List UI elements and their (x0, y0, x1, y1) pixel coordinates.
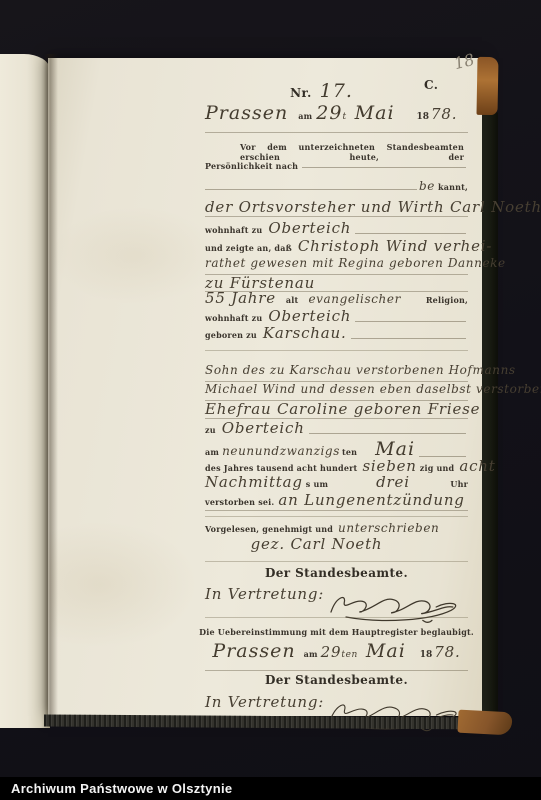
day-suffix: ten (341, 650, 358, 660)
deputy-label: In Vertretung: (205, 585, 324, 603)
worn-corner-bottom (457, 710, 512, 736)
record-number-line: Nr. 17. (205, 80, 438, 102)
residence-value: Oberteich (268, 219, 351, 237)
worn-page-edge-top (476, 57, 498, 115)
archive-name: Archiwum Państwowe w Olsztynie (11, 781, 232, 796)
certification-text: Die Uebereinstimmung mit dem Hauptregist… (199, 627, 474, 637)
book-gutter-shadow (44, 54, 58, 726)
book-bottom-edge (44, 714, 490, 729)
appeared-text: Vor dem unterzeichneten Standesbeamten e… (240, 142, 464, 162)
zu-label: zu (205, 425, 216, 435)
registrar-title-top: Der Standesbeamte. (205, 566, 468, 580)
place-name: Prassen (212, 640, 295, 662)
death-day: neunundzwanzigs (222, 444, 340, 458)
mother-name: Ehefrau Caroline geboren Friese (205, 400, 480, 418)
parents-line-1: Sohn des zu Karschau verstorbenen Hofman… (205, 363, 468, 382)
ruled-line (205, 516, 468, 517)
religion-value: evangelischer (308, 292, 400, 306)
am-label: am (304, 649, 318, 659)
year-written: 78. (431, 105, 457, 123)
parents-line-3: Ehefrau Caroline geboren Friese (205, 400, 468, 419)
left-blank-page (0, 54, 50, 728)
residence-value: Oberteich (268, 307, 351, 325)
wohnhaft-label: wohnhaft zu (205, 225, 262, 235)
blank-rule (302, 166, 466, 168)
s-um-label: s um (306, 479, 328, 489)
identity-label: Persönlichkeit nach (205, 161, 298, 171)
day-suffix: t (342, 112, 346, 122)
place-name: Prassen (205, 102, 288, 124)
father-name: Michael Wind und dessen eben daselbst ve… (205, 382, 541, 396)
registrar-signature (326, 691, 468, 739)
read-label: Vorgelesen, genehmigt und (205, 524, 333, 534)
deceased-residence-line: wohnhaft zu Oberteich (205, 307, 468, 325)
died-label: verstorben sei. (205, 497, 274, 507)
alt-label: alt (286, 295, 299, 305)
intro-appeared-line: Vor dem unterzeichneten Standesbeamten e… (240, 142, 464, 162)
blank-rule (351, 337, 466, 339)
gez-line: gez. Carl Noeth (205, 535, 428, 553)
deputy-signature-top: In Vertretung: (205, 579, 468, 619)
ten-label: ten (342, 447, 357, 457)
month-value: Mai (366, 640, 406, 662)
blank-ruled-line (205, 350, 468, 351)
cause-of-death: an Lungenentzündung (278, 491, 464, 509)
death-register-page: Nr. 17. C. Prassen am 29 t Mai 18 78. Vo… (48, 58, 482, 716)
deceased-name: Christoph Wind verhei- (298, 237, 492, 255)
month-value: Mai (355, 102, 395, 124)
read-approved-line: Vorgelesen, genehmigt und unterschrieben (205, 521, 468, 535)
death-place-line: zu Oberteich (205, 419, 468, 437)
hour-value: drei (376, 473, 410, 491)
parents-line-2: Michael Wind und dessen eben daselbst ve… (205, 382, 468, 401)
birthplace-value: Karschau. (263, 324, 347, 342)
deputy-label: In Vertretung: (205, 693, 324, 711)
archive-watermark-bar: Archiwum Państwowe w Olsztynie (0, 777, 541, 800)
series-letter: C. (424, 78, 438, 92)
geboren-label: geboren zu (205, 330, 257, 340)
declarant-text: der Ortsvorsteher und Wirth Carl Noeth (205, 198, 541, 216)
daytime-value: Nachmittag (205, 473, 303, 491)
year-written: 78. (434, 643, 460, 661)
registrar-signature (326, 585, 468, 629)
archive-scan-photo: Nr. 17. C. Prassen am 29 t Mai 18 78. Vo… (0, 0, 541, 800)
nr-label: Nr. (290, 86, 312, 100)
report-line-2: rathet gewesen mit Regina geboren Dannek… (205, 256, 468, 275)
ruled-line (205, 561, 468, 562)
gez-signature-text: gez. Carl Noeth (251, 535, 383, 553)
report-label: und zeigte an, daß (205, 243, 292, 253)
report-line-1: und zeigte an, daß Christoph Wind verhei… (205, 237, 468, 255)
death-time-line: Nachmittag s um drei Uhr (205, 473, 468, 491)
year-label: des Jahres tausend acht hundert (205, 463, 357, 473)
death-place: Oberteich (222, 419, 305, 437)
certification-line: Die Uebereinstimmung mit dem Hauptregist… (205, 627, 468, 637)
cause-line: verstorben sei. an Lungenentzündung (205, 491, 468, 511)
wohnhaft-label: wohnhaft zu (205, 313, 262, 323)
spouse-text: rathet gewesen mit Regina geboren Dannek… (205, 256, 506, 270)
ruled-line (205, 617, 468, 618)
identity-line: Persönlichkeit nach (205, 161, 468, 171)
age-value: 55 Jahre (205, 289, 276, 307)
dateline-top: Prassen am 29 t Mai 18 78. (205, 102, 468, 133)
declarant-residence-line: wohnhaft zu Oberteich (205, 219, 468, 237)
year-printed: 18 (420, 650, 433, 660)
dateline-bottom: Prassen am 29 ten Mai 18 78. (205, 640, 468, 671)
blank-rule (355, 232, 466, 234)
signed-hw: unterschrieben (338, 521, 439, 535)
age-religion-line: 55 Jahre alt evangelischer Religion, (205, 289, 468, 307)
religion-label: Religion, (426, 295, 468, 305)
blank-rule (309, 432, 466, 434)
zig-und-label: zig und (420, 463, 455, 473)
uhr-label: Uhr (450, 479, 468, 489)
day-value: 29 (316, 102, 342, 124)
am-label: am (298, 111, 312, 121)
declarant-line: der Ortsvorsteher und Wirth Carl Noeth (205, 190, 468, 217)
am-label: am (205, 447, 219, 457)
registrar-title: Der Standesbeamte. (265, 566, 408, 580)
blank-rule (355, 320, 466, 322)
father-text: Sohn des zu Karschau verstorbenen Hofman… (205, 363, 516, 377)
year-printed: 18 (417, 112, 430, 122)
day-value: 29 (321, 643, 342, 661)
birthplace-line: geboren zu Karschau. (205, 324, 468, 342)
record-number: 17. (320, 80, 353, 102)
